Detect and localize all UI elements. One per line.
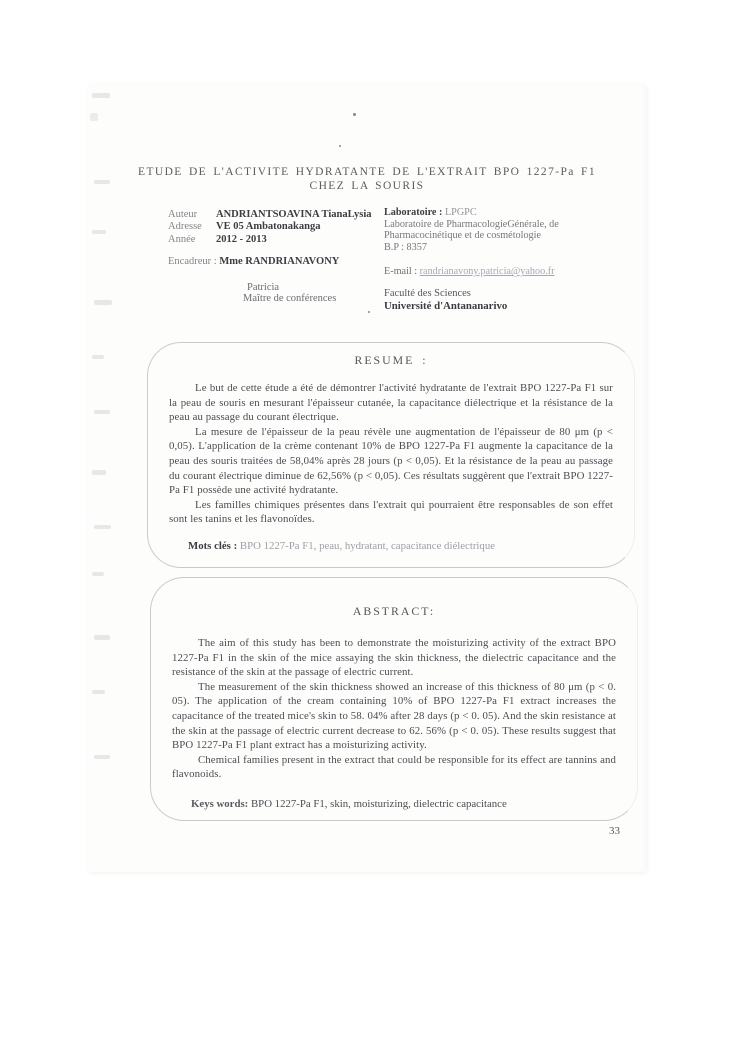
address-label: Adresse [168, 221, 216, 233]
laboratory-line-2: Pharmacocinétique et de cosmétologie [384, 230, 629, 242]
scan-smudge [92, 230, 106, 234]
document-title: ETUDE DE L'ACTIVITE HYDRATANTE DE L'EXTR… [88, 165, 646, 193]
resume-body: Le but de cette étude a été de démontrer… [148, 381, 634, 527]
email-label: E-mail : [384, 266, 417, 277]
scan-smudge [92, 690, 105, 694]
faculty-name: Faculté des Sciences [384, 288, 629, 300]
page-number: 33 [609, 825, 620, 837]
author-row: Auteur ANDRIANTSOAVINA TianaLysia [168, 209, 383, 221]
abstract-paragraph: Chemical families present in the extract… [172, 753, 616, 782]
resume-keywords-label: Mots clés : [188, 540, 237, 552]
address-row: Adresse VE 05 Ambatonakanga [168, 221, 383, 233]
laboratory-label: Laboratoire : [384, 207, 442, 218]
scan-smudge [94, 525, 111, 529]
resume-paragraph: Les familles chimiques présentes dans l'… [169, 498, 613, 527]
scan-smudge [90, 113, 98, 121]
laboratory-line-1: Laboratoire de PharmacologieGénérale, de [384, 219, 629, 231]
abstract-keywords-label: Keys words: [191, 798, 248, 810]
scan-smudge [94, 300, 112, 305]
year-row: Année 2012 - 2013 [168, 234, 383, 246]
scan-smudge [92, 93, 110, 98]
scan-smudge [92, 572, 104, 576]
address-value: VE 05 Ambatonakanga [216, 221, 320, 233]
resume-paragraph: Le but de cette étude a été de démontrer… [169, 381, 613, 425]
abstract-paragraph: The measurement of the skin thickness sh… [172, 680, 616, 753]
title-line-2: CHEZ LA SOURIS [88, 179, 646, 193]
laboratory-code: LPGPC [445, 207, 477, 218]
author-value: ANDRIANTSOAVINA TianaLysia [216, 209, 372, 221]
abstract-keywords-row: Keys words: BPO 1227-Pa F1, skin, moistu… [151, 798, 637, 810]
email-row: E-mail : randrianavony.patricia@yahoo.fr [384, 266, 629, 278]
resume-keywords-row: Mots clés : BPO 1227-Pa F1, peau, hydrat… [148, 540, 634, 552]
ink-speck [368, 311, 370, 313]
scan-smudge [94, 635, 110, 640]
author-label: Auteur [168, 209, 216, 221]
scan-smudge [92, 355, 104, 359]
scan-smudge [94, 410, 110, 414]
laboratory-block: Laboratoire : LPGPC Laboratoire de Pharm… [384, 207, 629, 312]
author-block: Auteur ANDRIANTSOAVINA TianaLysia Adress… [168, 209, 383, 304]
advisor-name: Mme RANDRIANAVONY [219, 256, 339, 267]
resume-keywords-value: BPO 1227-Pa F1, peau, hydratant, capacit… [240, 540, 495, 552]
scan-smudge [94, 755, 110, 759]
university-name: Université d'Antananarivo [384, 301, 629, 313]
resume-box: RESUME : Le but de cette étude a été de … [147, 342, 635, 568]
resume-paragraph: La mesure de l'épaisseur de la peau révè… [169, 425, 613, 498]
abstract-keywords-value: BPO 1227-Pa F1, skin, moisturizing, diel… [251, 798, 507, 810]
ink-speck [339, 145, 341, 147]
ink-speck [353, 113, 356, 116]
resume-heading: RESUME : [148, 353, 634, 368]
abstract-paragraph: The aim of this study has been to demons… [172, 636, 616, 680]
title-line-1: ETUDE DE L'ACTIVITE HYDRATANTE DE L'EXTR… [88, 165, 646, 179]
abstract-box: ABSTRACT: The aim of this study has been… [150, 577, 638, 821]
email-address: randrianavony.patricia@yahoo.fr [420, 266, 555, 277]
advisor-label: Encadreur : [168, 256, 217, 267]
abstract-body: The aim of this study has been to demons… [151, 636, 637, 782]
abstract-heading: ABSTRACT: [151, 604, 637, 619]
advisor-row: Encadreur : Mme RANDRIANAVONY [168, 255, 383, 268]
scanned-page: ETUDE DE L'ACTIVITE HYDRATANTE DE L'EXTR… [88, 85, 646, 872]
laboratory-bp: B.P : 8357 [384, 242, 629, 254]
year-label: Année [168, 234, 216, 246]
scan-smudge [92, 470, 106, 475]
year-value: 2012 - 2013 [216, 234, 267, 246]
advisor-title: Maître de conférences [243, 293, 383, 304]
advisor-firstname: Patricia [247, 282, 383, 293]
laboratory-row: Laboratoire : LPGPC [384, 207, 629, 219]
